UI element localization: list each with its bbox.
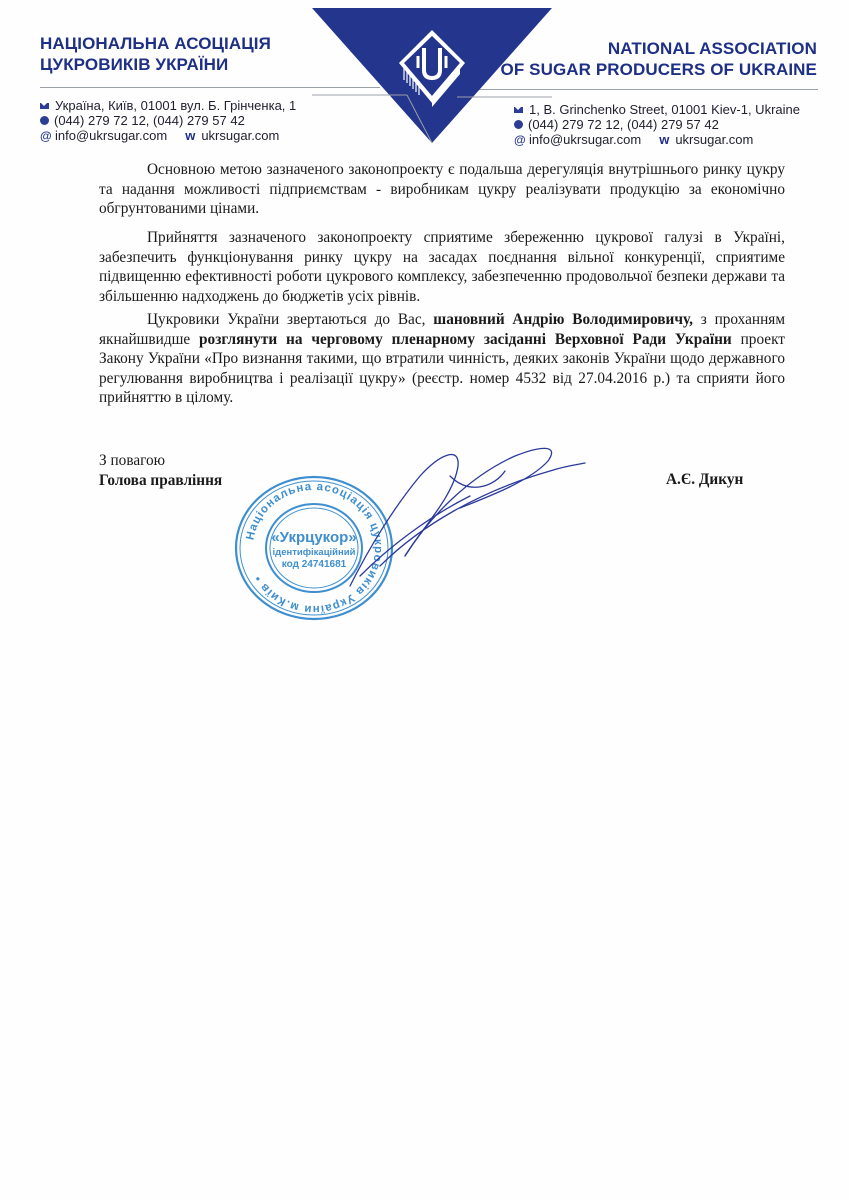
email-link[interactable]: info@ukrsugar.com [529,132,641,147]
phone-icon [40,116,49,125]
closing-block: З повагою Голова правління [99,451,222,491]
paragraph-goal: Основною метою зазначеного законопроекту… [99,160,785,219]
letter-page: НАЦІОНАЛЬНА АСОЦІАЦІЯ ЦУКРОВИКІВ УКРАЇНИ… [0,0,849,1200]
signer-role: Голова правління [99,471,222,491]
envelope-icon [40,103,49,109]
salutation: З повагою [99,451,222,471]
phone-icon [514,120,523,129]
address-text: Україна, Київ, 01001 вул. Б. Грінченка, … [55,98,296,113]
phone-text: (044) 279 72 12, (044) 279 57 42 [54,113,245,128]
org-name-ukrainian: НАЦІОНАЛЬНА АСОЦІАЦІЯ ЦУКРОВИКІВ УКРАЇНИ [40,33,271,75]
envelope-icon [514,107,523,113]
contacts-english: 1, B. Grinchenko Street, 01001 Kiev-1, U… [514,102,800,147]
phone-line: (044) 279 72 12, (044) 279 57 42 [40,113,296,128]
website-link[interactable]: ukrsugar.com [675,132,753,147]
contacts-ukrainian: Україна, Київ, 01001 вул. Б. Грінченка, … [40,98,296,143]
phone-text: (044) 279 72 12, (044) 279 57 42 [528,117,719,132]
email-link[interactable]: info@ukrsugar.com [55,128,167,143]
at-sign-icon: @ [514,135,524,145]
signer-name: А.Є. Дикун [666,471,743,489]
request-text-1: Цукровики України звертаються до Вас, [147,311,433,328]
email-web-line: @ info@ukrsugar.com w ukrsugar.com [40,128,296,143]
address-line: 1, B. Grinchenko Street, 01001 Kiev-1, U… [514,102,800,117]
phone-line: (044) 279 72 12, (044) 279 57 42 [514,117,800,132]
request-emphasis: розглянути на черговому пленарному засід… [199,331,732,348]
paragraph-request: Цукровики України звертаються до Вас, ша… [99,310,785,408]
web-icon: w [659,132,669,147]
org-name-ua-line-2: ЦУКРОВИКІВ УКРАЇНИ [40,54,271,75]
email-web-line: @ info@ukrsugar.com w ukrsugar.com [514,132,800,147]
website-link[interactable]: ukrsugar.com [201,128,279,143]
handwritten-signature-icon [300,436,590,616]
addressee-name: шановний Андрію Володимировичу, [433,311,693,328]
address-text: 1, B. Grinchenko Street, 01001 Kiev-1, U… [529,102,800,117]
org-name-ua-line-1: НАЦІОНАЛЬНА АСОЦІАЦІЯ [40,33,271,54]
paragraph-benefits: Прийняття зазначеного законопроекту спри… [99,228,785,306]
address-line: Україна, Київ, 01001 вул. Б. Грінченка, … [40,98,296,113]
web-icon: w [185,128,195,143]
at-sign-icon: @ [40,131,50,141]
